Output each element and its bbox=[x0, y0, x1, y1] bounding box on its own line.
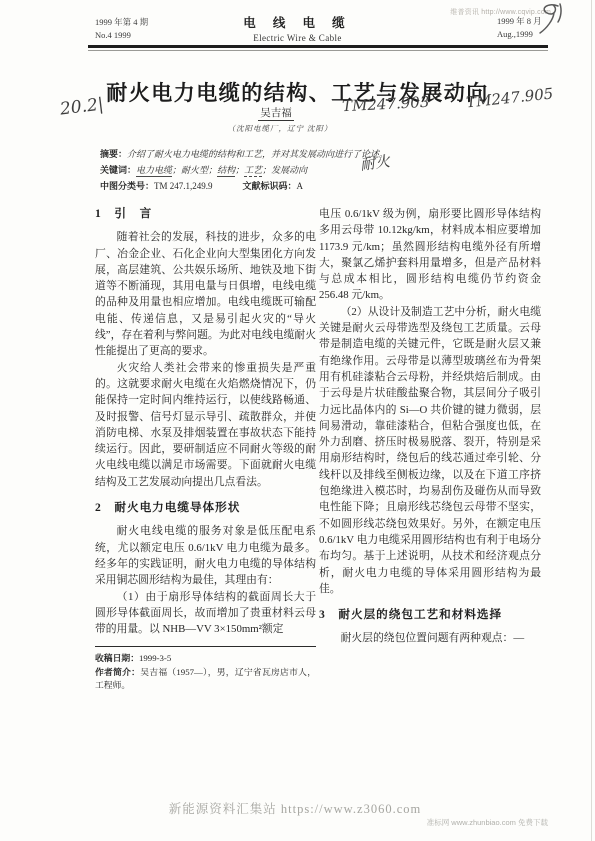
abstract-label: 摘要： bbox=[100, 149, 127, 159]
keyword-item: 发展动向 bbox=[271, 165, 307, 175]
footer-download-watermark: 准标网 www.zhunbiao.com 免费下载 bbox=[318, 817, 548, 828]
section-2-heading: 2 耐火电力电缆导体形状 bbox=[95, 500, 316, 516]
footer-site-watermark: 新能源资料汇集站 https://www.z3060.com bbox=[55, 799, 535, 817]
doc-code-value: A bbox=[297, 181, 304, 191]
footnote-date-value: 1999-3-5 bbox=[139, 653, 171, 663]
classification-line: 中图分类号：TM 247.1,249.9文献标识码：A bbox=[100, 178, 532, 194]
scanned-journal-page: 维普资讯 http://www.cqvip.com 1999 年第 4 期 No… bbox=[0, 0, 595, 841]
keywords-line: 关键词：电力电缆；耐火型；结构；工艺；发展动向 bbox=[100, 162, 532, 178]
section-3-heading: 3 耐火层的绕包工艺和材料选择 bbox=[319, 607, 541, 623]
clc-label: 中图分类号： bbox=[100, 181, 154, 191]
scan-edge-line bbox=[591, 0, 592, 841]
intro-paragraph-1: 随着社会的发展，科技的进步，众多的电厂、冶金企业、石化企业向大型集团化方向发展，… bbox=[95, 229, 316, 359]
author-name: 吴吉福 bbox=[258, 108, 294, 121]
author-affiliation: （沈阳电缆厂，辽宁 沈阳） bbox=[0, 123, 560, 134]
footnote-date-label: 收稿日期： bbox=[95, 653, 139, 663]
journal-date-block: 1999 年 8 月 Aug.,1999 bbox=[497, 15, 542, 41]
doc-code-label: 文献标识码： bbox=[243, 181, 297, 191]
abstract-text: 介绍了耐火电力电缆的结构和工艺，并对其发展动向进行了论述。 bbox=[127, 149, 388, 159]
footnote-author-bio: 作者简介：吴吉福（1957—），男，辽宁省瓦房店市人，工程师。 bbox=[95, 666, 316, 693]
journal-date-cn: 1999 年 8 月 bbox=[497, 15, 542, 28]
section-1-heading: 1 引 言 bbox=[95, 206, 316, 222]
wrapping-position-paragraph: 耐火层的绕包位置问题有两种观点：— bbox=[319, 630, 541, 646]
keyword-item: 结构 bbox=[217, 165, 235, 177]
footnote-received: 收稿日期：1999-3-5 bbox=[95, 652, 316, 666]
header-rule-thick bbox=[88, 45, 548, 48]
article-meta-block: 摘要：介绍了耐火电力电缆的结构和工艺，并对其发展动向进行了论述。 关键词：电力电… bbox=[100, 146, 532, 194]
keyword-separator: ； bbox=[172, 165, 181, 175]
reason-1-paragraph: （1）由于扇形导体结构的截面周长大于圆形导体截面周长，故而增加了贵重材料云母带的… bbox=[95, 589, 316, 638]
conductor-shape-paragraph: 耐火电线电缆的服务对象是低压配电系统，尤以额定电压 0.6/1kV 电力电缆为最… bbox=[95, 523, 316, 588]
footnote-block: 收稿日期：1999-3-5 作者简介：吴吉福（1957—），男，辽宁省瓦房店市人… bbox=[95, 646, 316, 693]
right-column: 电压 0.6/1kV 级为例，扇形要比圆形导体结构多用云母带 10.12kg/k… bbox=[319, 206, 541, 647]
keywords-label: 关键词： bbox=[100, 165, 136, 175]
left-column: 1 引 言 随着社会的发展，科技的进步，众多的电厂、冶金企业、石化企业向大型集团… bbox=[95, 206, 316, 693]
clc-value: TM 247.1,249.9 bbox=[154, 181, 213, 191]
journal-date-en: Aug.,1999 bbox=[497, 28, 542, 41]
keyword-item: 电力电缆 bbox=[136, 165, 172, 177]
footnote-bio-label: 作者简介： bbox=[95, 667, 140, 677]
keyword-separator: ； bbox=[208, 165, 217, 175]
intro-paragraph-2: 火灾给人类社会带来的惨重损失是严重的。这就要求耐火电缆在火焰燃烧情况下，仍能保持… bbox=[95, 360, 316, 490]
keyword-item: 耐火型 bbox=[181, 165, 208, 175]
header-rule-thin bbox=[88, 50, 548, 51]
abstract-line: 摘要：介绍了耐火电力电缆的结构和工艺，并对其发展动向进行了论述。 bbox=[100, 146, 532, 162]
keyword-separator: ； bbox=[262, 165, 271, 175]
keyword-separator: ； bbox=[235, 165, 244, 175]
handwritten-keyword-note: 耐火 bbox=[359, 150, 392, 175]
continuation-paragraph: 电压 0.6/1kV 级为例，扇形要比圆形导体结构多用云母带 10.12kg/k… bbox=[319, 206, 541, 304]
keyword-item: 工艺 bbox=[244, 165, 262, 177]
reason-2-paragraph: （2）从设计及制造工艺中分析，耐火电缆关键是耐火云母带选型及绕包工艺质量。云母带… bbox=[319, 304, 541, 597]
